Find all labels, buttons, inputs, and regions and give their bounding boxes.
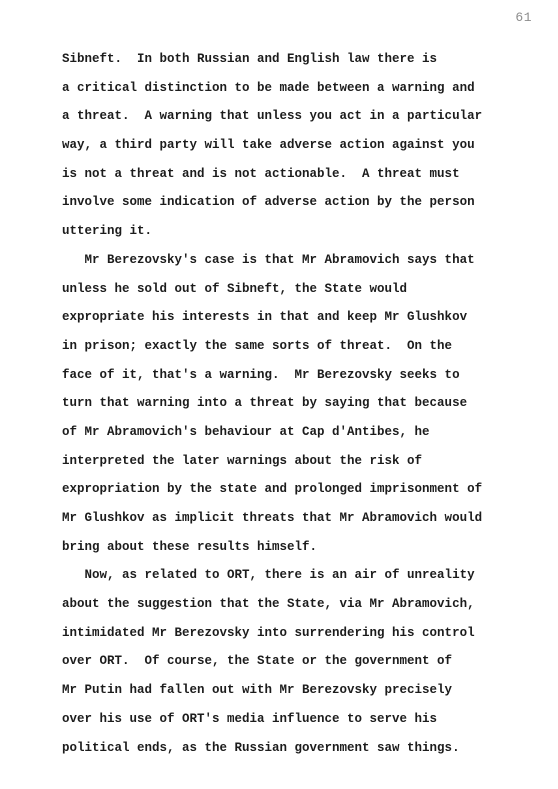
text-line: Mr Putin had fallen out with Mr Berezovs…	[62, 676, 558, 705]
text-line: expropriation by the state and prolonged…	[62, 475, 558, 504]
text-line: over ORT. Of course, the State or the go…	[62, 647, 558, 676]
text-line: a threat. A warning that unless you act …	[62, 102, 558, 131]
transcript-body: Sibneft. In both Russian and English law…	[62, 45, 558, 762]
text-line: over his use of ORT's media influence to…	[62, 705, 558, 734]
text-line: intimidated Mr Berezovsky into surrender…	[62, 619, 558, 648]
page-number: 61	[515, 10, 532, 25]
text-line: face of it, that's a warning. Mr Berezov…	[62, 361, 558, 390]
text-line: expropriate his interests in that and ke…	[62, 303, 558, 332]
text-line: Sibneft. In both Russian and English law…	[62, 45, 558, 74]
text-line: unless he sold out of Sibneft, the State…	[62, 275, 558, 304]
text-line: Mr Berezovsky's case is that Mr Abramovi…	[62, 246, 558, 275]
text-line: Now, as related to ORT, there is an air …	[62, 561, 558, 590]
text-line: turn that warning into a threat by sayin…	[62, 389, 558, 418]
text-line: in prison; exactly the same sorts of thr…	[62, 332, 558, 361]
text-line: uttering it.	[62, 217, 558, 246]
text-line: way, a third party will take adverse act…	[62, 131, 558, 160]
transcript-page: 61 Sibneft. In both Russian and English …	[0, 0, 558, 789]
text-line: involve some indication of adverse actio…	[62, 188, 558, 217]
text-line: is not a threat and is not actionable. A…	[62, 160, 558, 189]
text-line: interpreted the later warnings about the…	[62, 447, 558, 476]
text-line: bring about these results himself.	[62, 533, 558, 562]
text-line: about the suggestion that the State, via…	[62, 590, 558, 619]
text-line: Mr Glushkov as implicit threats that Mr …	[62, 504, 558, 533]
text-line: a critical distinction to be made betwee…	[62, 74, 558, 103]
text-line: political ends, as the Russian governmen…	[62, 734, 558, 763]
text-line: of Mr Abramovich's behaviour at Cap d'An…	[62, 418, 558, 447]
